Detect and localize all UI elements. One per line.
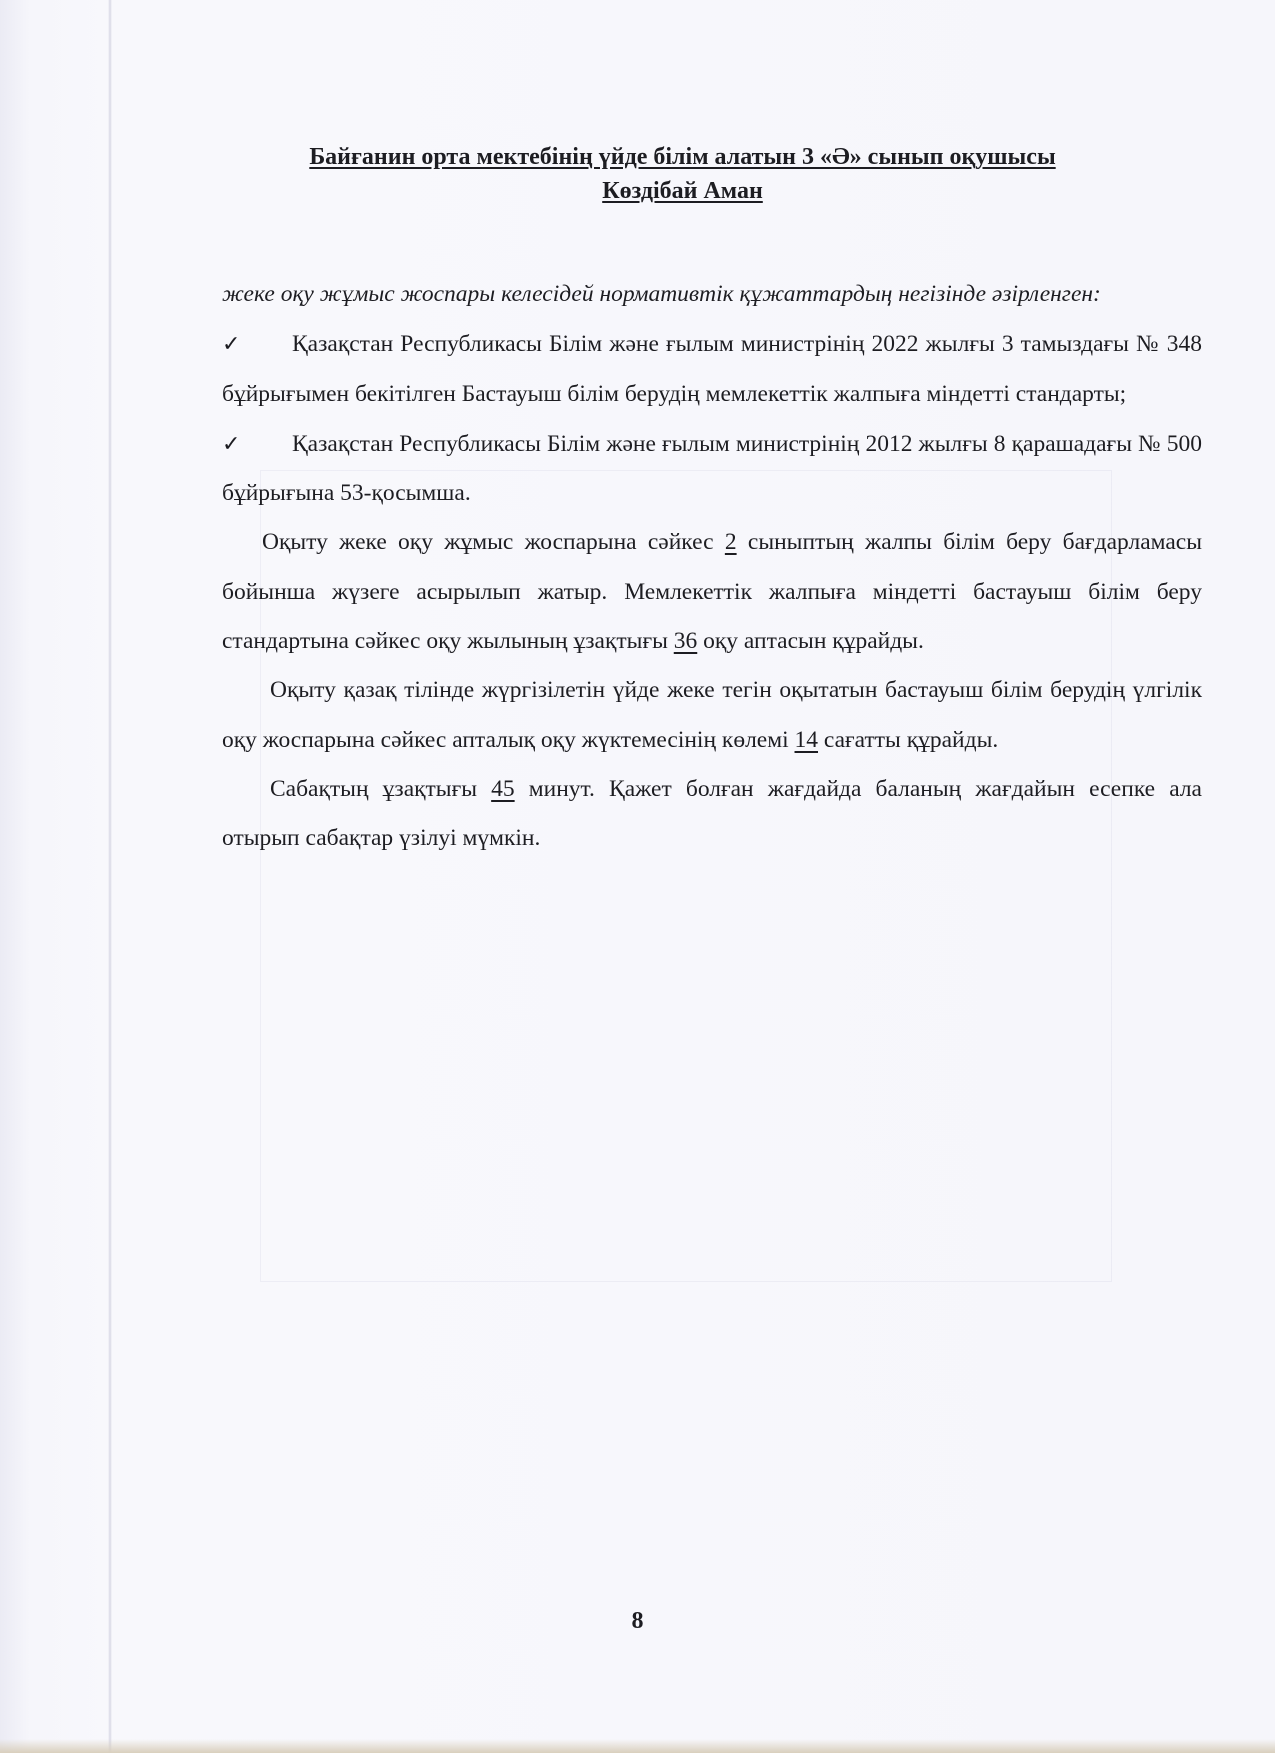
text-fragment: оқу аптасын құрайды. — [697, 628, 924, 654]
text-fragment: сағатты құрайды. — [818, 727, 998, 753]
intro-paragraph: жеке оқу жұмыс жоспары келесідей нормати… — [222, 270, 1202, 319]
paragraph-weekly-load: Оқыту қазақ тілінде жүргізілетін үйде же… — [222, 666, 1202, 765]
hours-count: 14 — [795, 727, 819, 753]
minutes-count: 45 — [491, 776, 515, 802]
text-fragment: Сабақтың ұзақтығы — [270, 776, 491, 802]
class-number: 2 — [725, 529, 737, 555]
text-fragment: Оқыту қазақ тілінде жүргізілетін үйде же… — [222, 677, 1202, 752]
page-number: 8 — [0, 1608, 1275, 1635]
scanned-page: Байғанин орта мектебінің үйде білім алат… — [0, 0, 1275, 1753]
page-bottom-edge — [0, 1739, 1275, 1753]
paragraph-study-plan: Оқыту жеке оқу жұмыс жоспарына сәйкес 2 … — [222, 518, 1202, 666]
list-item: ✓Қазақстан Республикасы Білім және ғылым… — [222, 419, 1202, 519]
checkmark-icon: ✓ — [222, 319, 292, 368]
list-item: ✓Қазақстан Республикасы Білім және ғылым… — [222, 319, 1202, 419]
weeks-count: 36 — [674, 628, 698, 654]
title-line-1: Байғанин орта мектебінің үйде білім алат… — [309, 144, 1055, 170]
document-title: Байғанин орта мектебінің үйде білім алат… — [200, 140, 1165, 208]
page-fold-shadow — [108, 0, 112, 1753]
paragraph-lesson-duration: Сабақтың ұзақтығы 45 минут. Қажет болған… — [222, 765, 1202, 864]
checkmark-icon: ✓ — [222, 419, 292, 468]
list-item-text: Қазақстан Республикасы Білім және ғылым … — [222, 331, 1202, 406]
title-line-2: Көздібай Аман — [602, 178, 763, 204]
list-item-text: Қазақстан Республикасы Білім және ғылым … — [222, 431, 1202, 506]
document-body: жеке оқу жұмыс жоспары келесідей нормати… — [222, 270, 1202, 864]
text-fragment: Оқыту жеке оқу жұмыс жоспарына сәйкес — [262, 529, 725, 555]
